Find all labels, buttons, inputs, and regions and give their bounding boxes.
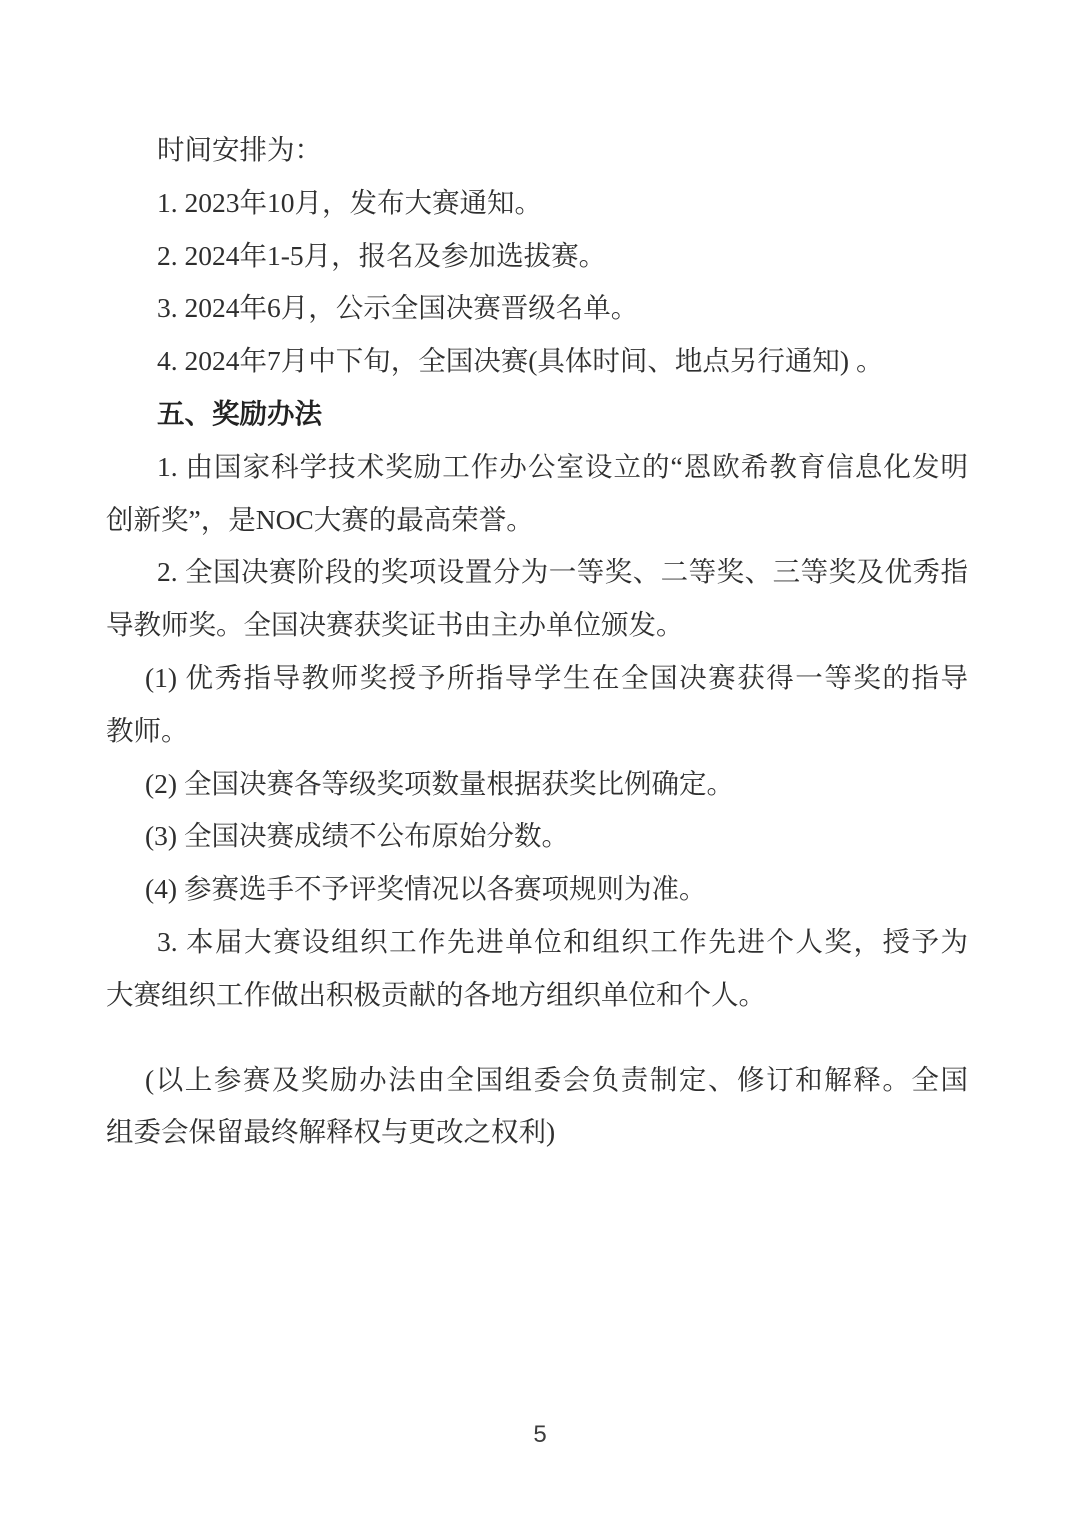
paragraph-award-item-1: 1. 由国家科学技术奖励工作办公室设立的“恩欧希教育信息化发明 创新奖”，是NO… xyxy=(106,441,968,547)
paragraph-schedule-item-2: 2. 2024年1-5月，报名及参加选拔赛。 xyxy=(106,230,968,283)
text-line: (3) 全国决赛成绩不公布原始分数。 xyxy=(106,810,968,863)
text-line: (4) 参赛选手不予评奖情况以各赛项规则为准。 xyxy=(106,863,968,916)
text-line: 2. 全国决赛阶段的奖项设置分为一等奖、二等奖、三等奖及优秀指 xyxy=(106,546,968,599)
text-line: (1) 优秀指导教师奖授予所指导学生在全国决赛获得一等奖的指导 xyxy=(106,652,968,705)
paragraph-schedule-item-4: 4. 2024年7月中下旬，全国决赛(具体时间、地点另行通知) 。 xyxy=(106,335,968,388)
text-line: 大赛组织工作做出积极贡献的各地方组织单位和个人。 xyxy=(106,969,968,1022)
paragraph-schedule-item-3: 3. 2024年6月，公示全国决赛晋级名单。 xyxy=(106,282,968,335)
heading-text: 五、奖励办法 xyxy=(106,388,968,441)
text-line: 4. 2024年7月中下旬，全国决赛(具体时间、地点另行通知) 。 xyxy=(106,335,968,388)
paragraph-award-sub-item-3: (3) 全国决赛成绩不公布原始分数。 xyxy=(106,810,968,863)
paragraph-disclaimer-note: (以上参赛及奖励办法由全国组委会负责制定、修订和解释。全国 组委会保留最终解释权… xyxy=(106,1054,968,1160)
paragraph-award-item-2: 2. 全国决赛阶段的奖项设置分为一等奖、二等奖、三等奖及优秀指 导教师奖。全国决… xyxy=(106,546,968,652)
text-line: 时间安排为： xyxy=(106,124,968,177)
paragraph-schedule-lead: 时间安排为： xyxy=(106,124,968,177)
text-line: 3. 本届大赛设组织工作先进单位和组织工作先进个人奖，授予为 xyxy=(106,916,968,969)
text-line: 创新奖”，是NOC大赛的最高荣誉。 xyxy=(106,494,968,547)
text-line: (以上参赛及奖励办法由全国组委会负责制定、修订和解释。全国 xyxy=(106,1054,968,1107)
text-line: 3. 2024年6月，公示全国决赛晋级名单。 xyxy=(106,282,968,335)
paragraph-award-sub-item-2: (2) 全国决赛各等级奖项数量根据获奖比例确定。 xyxy=(106,758,968,811)
text-line: 导教师奖。全国决赛获奖证书由主办单位颁发。 xyxy=(106,599,968,652)
text-line: 1. 由国家科学技术奖励工作办公室设立的“恩欧希教育信息化发明 xyxy=(106,441,968,494)
section-heading-awards: 五、奖励办法 xyxy=(106,388,968,441)
paragraph-award-item-3: 3. 本届大赛设组织工作先进单位和组织工作先进个人奖，授予为 大赛组织工作做出积… xyxy=(106,916,968,1022)
text-line: 组委会保留最终解释权与更改之权利) xyxy=(106,1106,968,1159)
text-line: 1. 2023年10月，发布大赛通知。 xyxy=(106,177,968,230)
text-line: 教师。 xyxy=(106,705,968,758)
document-body: 时间安排为： 1. 2023年10月，发布大赛通知。 2. 2024年1-5月，… xyxy=(106,124,968,1159)
text-line: 2. 2024年1-5月，报名及参加选拔赛。 xyxy=(106,230,968,283)
document-page: 时间安排为： 1. 2023年10月，发布大赛通知。 2. 2024年1-5月，… xyxy=(0,0,1080,1535)
text-line: (2) 全国决赛各等级奖项数量根据获奖比例确定。 xyxy=(106,758,968,811)
paragraph-award-sub-item-1: (1) 优秀指导教师奖授予所指导学生在全国决赛获得一等奖的指导 教师。 xyxy=(106,652,968,758)
page-number: 5 xyxy=(0,1420,1080,1450)
paragraph-award-sub-item-4: (4) 参赛选手不予评奖情况以各赛项规则为准。 xyxy=(106,863,968,916)
paragraph-schedule-item-1: 1. 2023年10月，发布大赛通知。 xyxy=(106,177,968,230)
